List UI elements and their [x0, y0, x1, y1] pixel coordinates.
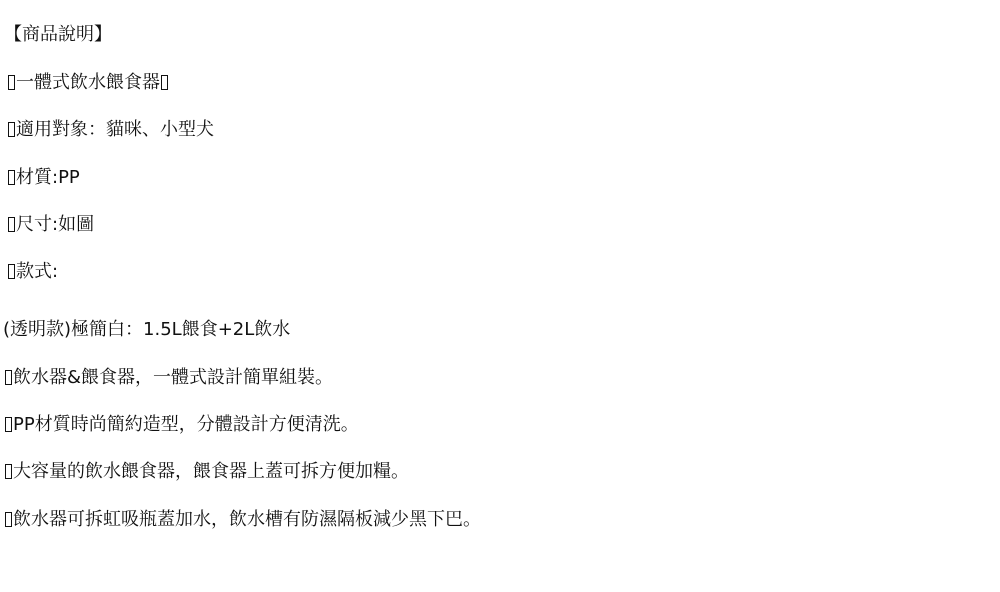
missing-glyph-icon: [8, 264, 15, 279]
missing-glyph-icon: [8, 217, 15, 232]
spec-value: :PP: [52, 167, 80, 188]
feature-line: PP材質時尚簡約造型，分體設計方便清洗。: [5, 413, 359, 437]
style-option-line: (透明款)極簡白：1.5L餵食+2L飲水: [3, 318, 290, 342]
feature-text: 飲水器可拆虹吸瓶蓋加水，飲水槽有防濕隔板減少黑下巴。: [13, 509, 481, 530]
spec-line-material: 材質:PP: [8, 166, 80, 190]
section-heading: 【商品說明】: [4, 23, 112, 47]
feature-text: 飲水器&餵食器，一體式設計簡單組裝。: [13, 367, 333, 388]
spec-line-size: 尺寸:如圖: [8, 213, 94, 237]
missing-glyph-icon: [5, 417, 12, 432]
feature-text: PP材質時尚簡約造型，分體設計方便清洗。: [13, 414, 359, 435]
spec-value: :如圖: [52, 214, 94, 235]
product-description-document: 【商品說明】 一體式飲水餵食器 適用對象：貓咪、小型犬 材質:PP 尺寸:如圖 …: [0, 0, 1000, 592]
spec-line-target: 適用對象：貓咪、小型犬: [8, 118, 214, 142]
heading-text: 【商品說明】: [4, 24, 112, 45]
spec-label: 尺寸: [16, 214, 52, 235]
spec-line-style: 款式:: [8, 260, 58, 284]
missing-glyph-icon: [5, 370, 12, 385]
product-name: 一體式飲水餵食器: [16, 72, 160, 93]
spec-label: 款式: [16, 261, 52, 282]
spec-label: 材質: [16, 167, 52, 188]
spec-value: ：貓咪、小型犬: [88, 119, 214, 140]
feature-text: 大容量的飲水餵食器，餵食器上蓋可拆方便加糧。: [13, 461, 409, 482]
missing-glyph-icon: [8, 122, 15, 137]
missing-glyph-icon: [5, 464, 12, 479]
style-option-text: (透明款)極簡白：1.5L餵食+2L飲水: [3, 319, 290, 340]
product-name-line: 一體式飲水餵食器: [8, 71, 168, 95]
feature-line: 飲水器&餵食器，一體式設計簡單組裝。: [5, 366, 333, 390]
feature-line: 大容量的飲水餵食器，餵食器上蓋可拆方便加糧。: [5, 460, 409, 484]
spec-label: 適用對象: [16, 119, 88, 140]
spec-value: :: [52, 261, 58, 282]
missing-glyph-icon: [8, 75, 15, 90]
missing-glyph-icon: [8, 170, 15, 185]
missing-glyph-icon: [5, 512, 12, 527]
feature-line: 飲水器可拆虹吸瓶蓋加水，飲水槽有防濕隔板減少黑下巴。: [5, 508, 481, 532]
missing-glyph-icon: [161, 75, 168, 90]
